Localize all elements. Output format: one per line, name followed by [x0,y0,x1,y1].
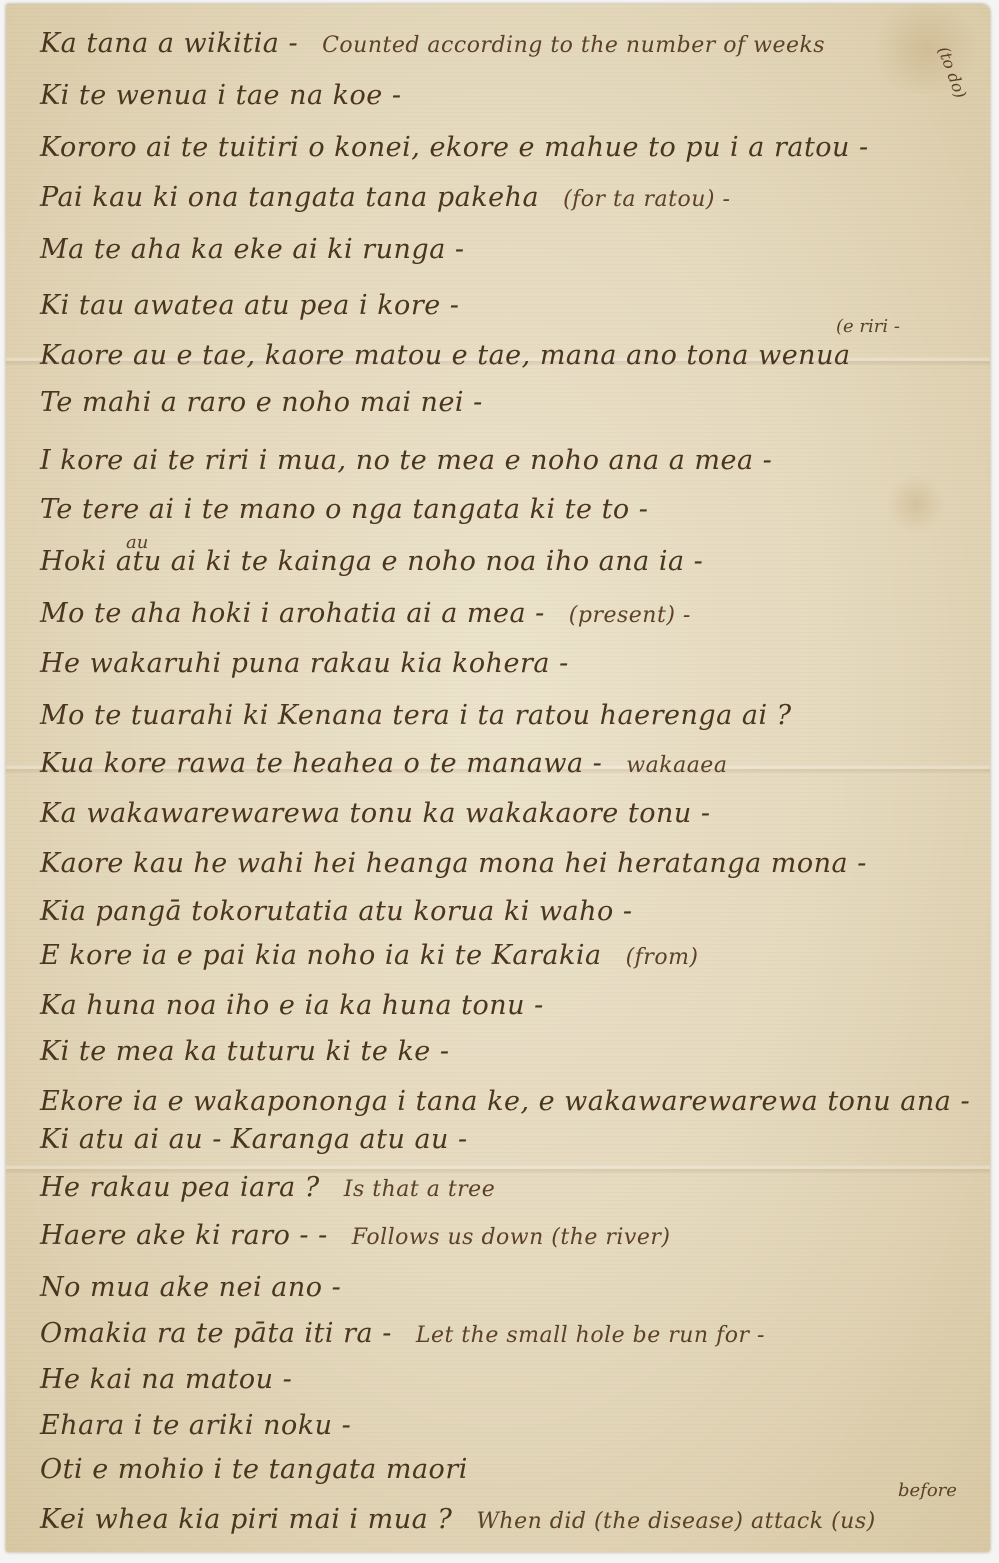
manuscript-line: He wakaruhi puna rakau kia kohera - [40,648,569,679]
maori-text: Te mahi a raro e noho mai nei - [40,387,483,418]
maori-text: Ma te aha ka eke ai ki runga - [40,234,465,265]
maori-text: Ehara i te ariki noku - [40,1410,351,1441]
english-gloss: (from) [626,945,699,970]
manuscript-line: Kua kore rawa te heahea o te manawa -wak… [40,748,727,779]
maori-text: Kei whea kia piri mai i mua ? [40,1504,452,1535]
maori-text: Mo te tuarahi ki Kenana tera i ta ratou … [40,700,792,731]
manuscript-page: Ka tana a wikitia -Counted according to … [6,4,990,1552]
maori-text: Oti e mohio i te tangata maori [40,1454,468,1485]
manuscript-line: Ki te wenua i tae na koe - [40,80,401,111]
maori-text: Te tere ai i te mano o nga tangata ki te… [40,494,648,525]
manuscript-line: Ka huna noa iho e ia ka huna tonu - [40,990,544,1021]
english-gloss: Is that a tree [344,1177,495,1202]
manuscript-line: Ki tau awatea atu pea i kore - [40,290,459,321]
maori-text: He wakaruhi puna rakau kia kohera - [40,648,569,679]
manuscript-line: Ka tana a wikitia -Counted according to … [40,28,825,59]
paper-stain [886,474,946,534]
english-gloss: (for ta ratou) - [563,187,730,212]
maori-text: Mo te aha hoki i arohatia ai a mea - [40,598,545,629]
maori-text: Ka huna noa iho e ia ka huna tonu - [40,990,544,1021]
english-gloss: Counted according to the number of weeks [322,33,825,58]
maori-text: He kai na matou - [40,1364,292,1395]
english-gloss: (present) - [569,603,691,628]
maori-text: Ka tana a wikitia - [40,28,298,59]
manuscript-line: No mua ake nei ano - [40,1272,341,1303]
manuscript-line: Kaore au e tae, kaore matou e tae, mana … [40,340,851,371]
maori-text: Kia pangā tokorutatia atu korua ki waho … [40,896,633,927]
interlinear-note: (e riri - [836,316,900,337]
maori-text: E kore ia e pai kia noho ia ki te Karaki… [40,940,602,971]
manuscript-line: Ma te aha ka eke ai ki runga - [40,234,465,265]
manuscript-line: Ka wakawarewarewa tonu ka wakakaore tonu… [40,798,710,829]
maori-text: No mua ake nei ano - [40,1272,341,1303]
manuscript-line: Ki atu ai au - Karanga atu au - [40,1124,468,1155]
english-gloss: Let the small hole be run for - [416,1323,765,1348]
maori-text: Ki atu ai au - Karanga atu au - [40,1124,468,1155]
manuscript-line: Mo te tuarahi ki Kenana tera i ta ratou … [40,700,792,731]
manuscript-line: Ehara i te ariki noku - [40,1410,351,1441]
manuscript-line: Ki te mea ka tuturu ki te ke - [40,1036,450,1067]
manuscript-line: Kororo ai te tuitiri o konei, ekore e ma… [40,132,869,163]
manuscript-line: E kore ia e pai kia noho ia ki te Karaki… [40,940,699,971]
interlinear-note: before [898,1480,957,1501]
maori-text: Ekore ia e wakapononga i tana ke, e waka… [40,1086,970,1117]
manuscript-line: He kai na matou - [40,1364,292,1395]
manuscript-line: Haere ake ki raro - -Follows us down (th… [40,1220,670,1251]
maori-text: Ki tau awatea atu pea i kore - [40,290,459,321]
manuscript-line: Kaore kau he wahi hei heanga mona hei he… [40,848,867,879]
english-gloss: Follows us down (the river) [352,1225,671,1250]
manuscript-line: Pai kau ki ona tangata tana pakeha(for t… [40,182,730,213]
manuscript-line: Kia pangā tokorutatia atu korua ki waho … [40,896,633,927]
maori-text: Ki te wenua i tae na koe - [40,80,401,111]
maori-text: He rakau pea iara ? [40,1172,320,1203]
maori-text: Pai kau ki ona tangata tana pakeha [40,182,539,213]
manuscript-line: Oti e mohio i te tangata maori [40,1454,468,1485]
manuscript-line: Ekore ia e wakapononga i tana ke, e waka… [40,1086,970,1117]
manuscript-line: Te tere ai i te mano o nga tangata ki te… [40,494,648,525]
maori-text: Kaore kau he wahi hei heanga mona hei he… [40,848,867,879]
manuscript-line: He rakau pea iara ?Is that a tree [40,1172,495,1203]
maori-text: Haere ake ki raro - - [40,1220,328,1251]
english-gloss: wakaaea [626,753,727,778]
maori-text: Kaore au e tae, kaore matou e tae, mana … [40,340,851,371]
manuscript-line: Mo te aha hoki i arohatia ai a mea -(pre… [40,598,691,629]
maori-text: Omakia ra te pāta iti ra - [40,1318,392,1349]
manuscript-line: Te mahi a raro e noho mai nei - [40,387,483,418]
maori-text: Kororo ai te tuitiri o konei, ekore e ma… [40,132,869,163]
maori-text: Ki te mea ka tuturu ki te ke - [40,1036,450,1067]
english-gloss: When did (the disease) attack (us) [476,1509,875,1534]
maori-text: I kore ai te riri i mua, no te mea e noh… [40,445,772,476]
interlinear-note: au [126,532,148,553]
maori-text: Kua kore rawa te heahea o te manawa - [40,748,602,779]
manuscript-line: Omakia ra te pāta iti ra -Let the small … [40,1318,765,1349]
manuscript-line: I kore ai te riri i mua, no te mea e noh… [40,445,772,476]
manuscript-line: Kei whea kia piri mai i mua ?When did (t… [40,1504,876,1535]
maori-text: Ka wakawarewarewa tonu ka wakakaore tonu… [40,798,710,829]
paper-stain [866,4,986,94]
